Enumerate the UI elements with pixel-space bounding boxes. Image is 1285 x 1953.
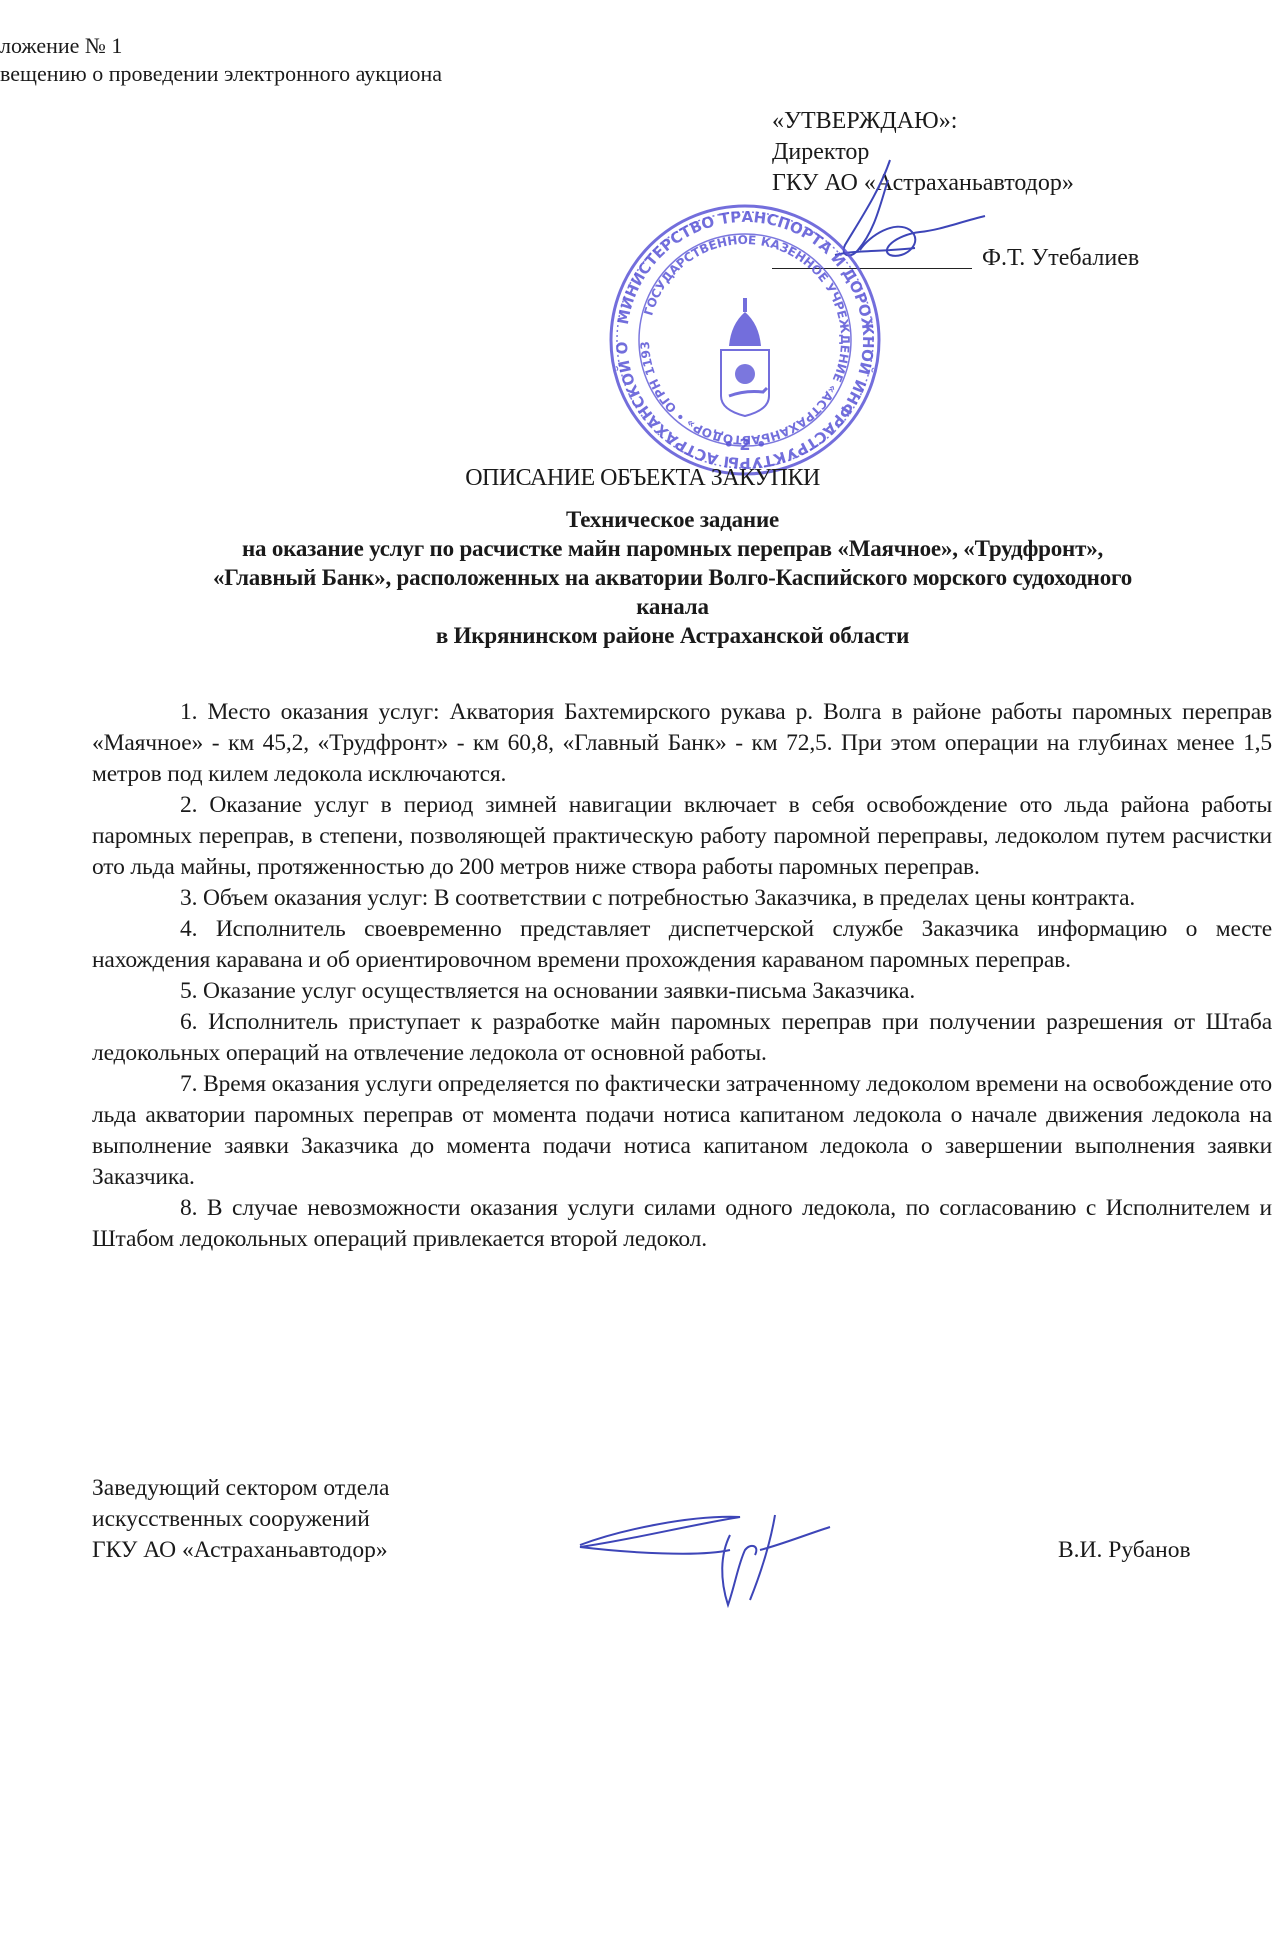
list-item: 8. В случае невозможности оказания услуг…: [92, 1193, 1272, 1255]
list-item: 3. Объем оказания услуг: В соответствии …: [92, 883, 1272, 914]
signer-name: В.И. Рубанов: [1058, 1535, 1191, 1566]
list-item: 2. Оказание услуг в период зимней навига…: [92, 790, 1272, 883]
subtitle-line: на оказание услуг по расчистке майн паро…: [60, 534, 1285, 563]
notice-reference: вещению о проведении электронного аукцио…: [0, 60, 442, 88]
list-item: 4. Исполнитель своевременно представляет…: [92, 914, 1272, 976]
list-item: 7. Время оказания услуги определяется по…: [92, 1069, 1272, 1193]
official-stamp-icon: МИНИСТЕРСТВО ТРАНСПОРТА И ДОРОЖНОЙ ИНФРА…: [605, 200, 885, 480]
subtitle-line: в Икрянинском районе Астраханской област…: [60, 621, 1285, 650]
document-title: ОПИСАНИЕ ОБЪЕКТА ЗАКУПКИ: [0, 463, 1285, 493]
signer-position-line: Заведующий сектором отдела: [92, 1473, 389, 1504]
subtitle-line: «Главный Банк», расположенных на акватор…: [60, 563, 1285, 592]
appendix-number: ложение № 1: [0, 32, 122, 60]
approval-label: «УТВЕРЖДАЮ»:: [772, 106, 1074, 137]
signer-position: Заведующий сектором отдела искусственных…: [92, 1473, 389, 1566]
list-item: 6. Исполнитель приступает к разработке м…: [92, 1007, 1272, 1069]
signer-signature-icon: [570, 1505, 840, 1625]
subtitle-block: Техническое задание на оказание услуг по…: [60, 505, 1285, 650]
requirements-list: 1. Место оказания услуг: Акватория Бахте…: [92, 697, 1272, 1255]
signer-position-line: искусственных сооружений: [92, 1504, 389, 1535]
list-item: 5. Оказание услуг осуществляется на осно…: [92, 976, 1272, 1007]
subtitle-line: канала: [60, 592, 1285, 621]
signer-position-line: ГКУ АО «Астраханьавтодор»: [92, 1535, 389, 1566]
list-item: 1. Место оказания услуг: Акватория Бахте…: [92, 697, 1272, 790]
svg-text:• 2 •: • 2 •: [724, 435, 767, 454]
subtitle-line: Техническое задание: [60, 505, 1285, 534]
